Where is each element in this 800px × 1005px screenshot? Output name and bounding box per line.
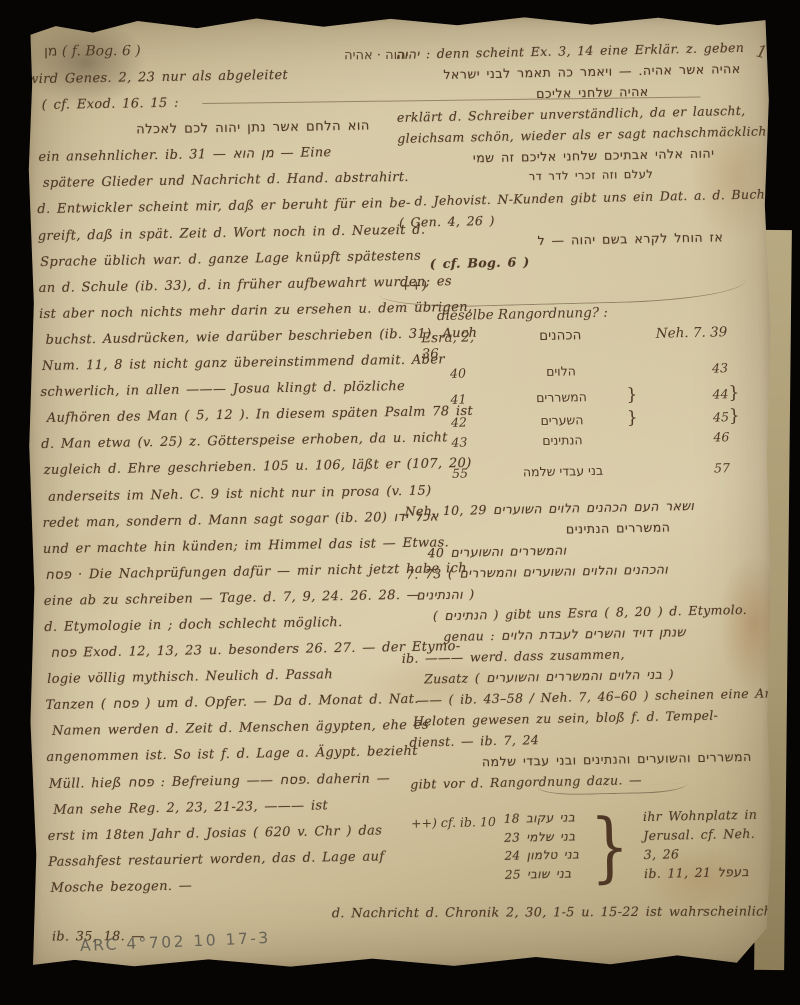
big-brace: } — [589, 809, 629, 884]
right-text-column: יהוה : denn scheint Ex. 3, 14 eine Erklä… — [395, 40, 768, 890]
esra-verse-number: 41 — [422, 391, 496, 407]
brace: } — [728, 383, 744, 403]
manuscript-line: d. Nachricht d. Chronik 2, 30, 1-5 u. 15… — [332, 904, 764, 928]
manuscript-line: ib. 11, 21 בעפל — [644, 864, 759, 885]
hebrew-category: הכהנים — [495, 326, 625, 345]
footnote-items: 18 בני עקוב 23 בני שלמי 24 בני טלמון 25 … — [504, 810, 580, 885]
footnote-item: 18 בני עקוב — [504, 810, 579, 830]
divine-name-notes: יהוה : denn scheint Ex. 3, 14 eine Erklä… — [395, 40, 756, 299]
esra-verse-number: 42 — [423, 414, 497, 430]
nehemia-verse-number: 57 — [644, 460, 730, 477]
manuscript-paper-sheet: מן ( f. Bog. 6 ) יהוה · אהיה 1 wird Gene… — [26, 14, 774, 969]
page-number: 1 — [754, 41, 769, 63]
concordance-header: Esra, 2, 36 הכהנים Neh. 7. 39 — [421, 324, 758, 363]
footnote-annotation: ihr Wohnplatz in Jerusal. cf. Neh. 3, 26… — [643, 807, 759, 885]
hebrew-category: הנתינים — [497, 431, 627, 449]
header-bogen-reference: ( f. Bog. 6 ) — [62, 43, 141, 59]
manuscript-line: ihr Wohnplatz in — [643, 807, 758, 828]
footnote-item: 25 בני שובי — [505, 866, 580, 886]
hebrew-category: בני עבדי שלמה — [498, 462, 628, 480]
footnote-marker: ++) cf. ib. 10 — [411, 814, 496, 831]
hebrew-category: המשררים — [496, 388, 626, 406]
nehemia-reference: Neh. 7. 39 — [641, 324, 727, 342]
brace: } — [729, 406, 745, 426]
nehemia-verse-number: 44 — [642, 386, 728, 403]
scanned-manuscript-page: { "page": { "number": "1", "archive_mark… — [0, 0, 800, 1005]
concordance-row: 55 בני עבדי שלמה 57 — [424, 460, 760, 490]
nethinim-notes: Neh. 10, 29 ושאר העם הכהנים הלוים השוערי… — [405, 497, 767, 798]
header-hebrew-word: מן — [44, 43, 57, 59]
concordance-rows: 40 הלוים 43 41 המשררים } 44 } — [422, 360, 760, 490]
hebrew-category: השערים — [497, 411, 627, 429]
footnote-item: 23 בני שלמי — [504, 829, 579, 849]
brace: } — [627, 408, 643, 428]
nehemia-verse-number: 43 — [642, 360, 728, 377]
manuscript-line: 3, 26 — [644, 845, 759, 866]
left-text-column: wird Genes. 2, 23 nur als abgeleitet ( c… — [35, 65, 447, 906]
concordance-label: dieselbe Rangordnung? : — [437, 302, 757, 324]
manuscript-line: Jerusal. cf. Neh. — [643, 826, 758, 847]
esra-verse-number: 55 — [424, 465, 498, 481]
nehemia-verse-number: 46 — [643, 429, 729, 446]
esra-verse-number: 43 — [423, 434, 497, 450]
manuscript-line: Mosche bezogen. — — [50, 874, 446, 907]
hebrew-category: הלוים — [496, 362, 626, 380]
header-note: מן ( f. Bog. 6 ) — [44, 43, 141, 59]
brace: } — [626, 385, 642, 405]
esra-nehemia-concordance: dieselbe Rangordnung? : Esra, 2, 36 הכהנ… — [421, 302, 761, 490]
footnote-list: ++) cf. ib. 10 18 בני עקוב 23 בני שלמי 2… — [411, 807, 768, 890]
esra-verse-number: 40 — [422, 365, 496, 381]
nehemia-verse-number: 45 — [643, 409, 729, 426]
footnote-item: 24 בני טלמון — [504, 847, 579, 867]
esra-reference: Esra, 2, 36 — [421, 329, 496, 362]
